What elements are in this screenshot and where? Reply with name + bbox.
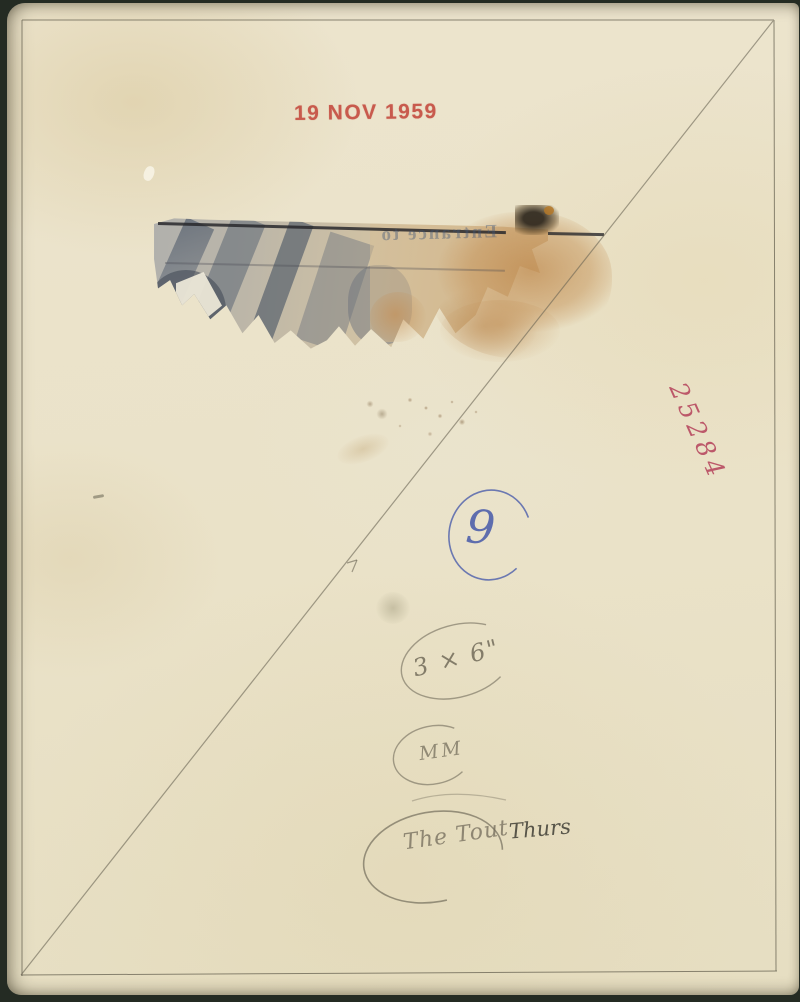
circled-number: 9 xyxy=(464,499,497,555)
date-stamp: 19 NOV 1959 xyxy=(294,100,438,126)
photo-back-scan: Entrance to 19 NOV 1959 25284 9 3 × 6" M… xyxy=(0,0,800,1002)
smudge-stain xyxy=(376,592,410,624)
ochre-spot xyxy=(544,206,554,215)
glue-stain-blob xyxy=(370,292,426,342)
glue-stain-lobe xyxy=(440,300,560,362)
